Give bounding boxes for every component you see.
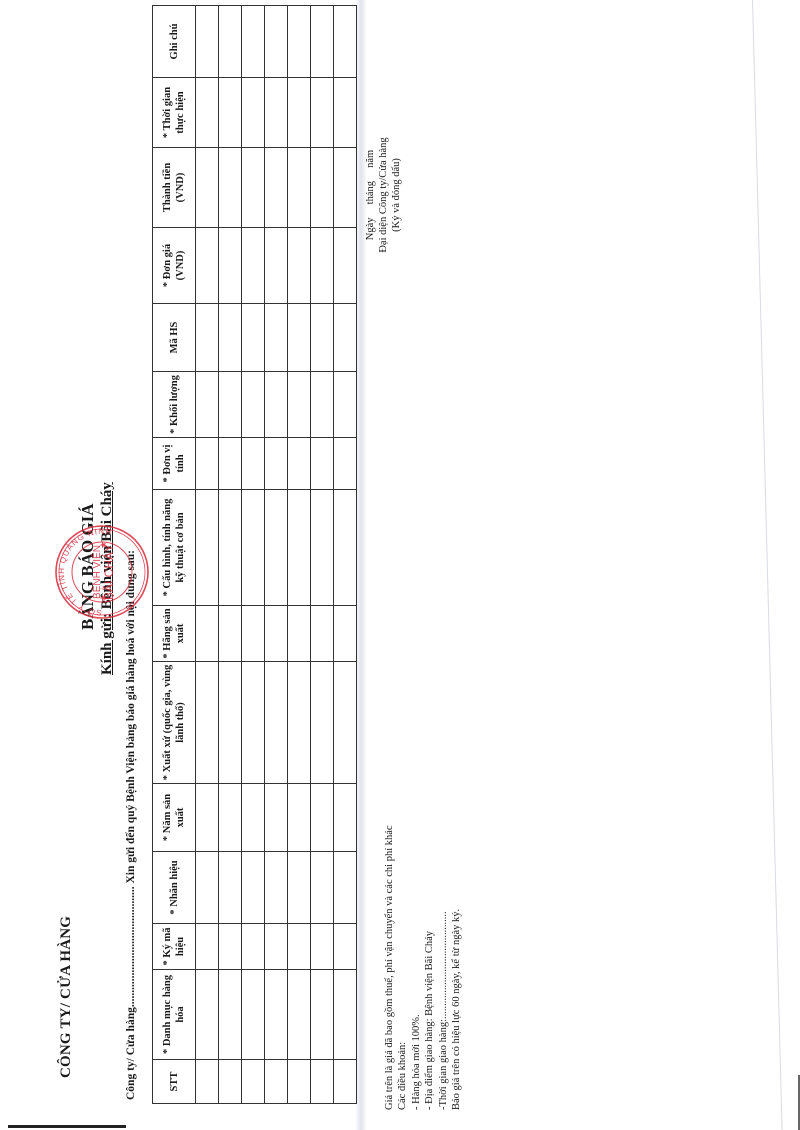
intro-text: Công ty/ Cửa hàng.......................… [125, 550, 137, 1100]
signature-block: Ngày tháng năm Đại diện Công ty/Cửa hàng… [364, 120, 403, 270]
table-cell[interactable] [219, 372, 242, 438]
table-cell[interactable] [242, 438, 265, 490]
table-cell[interactable] [265, 438, 288, 490]
table-cell[interactable] [265, 970, 288, 1060]
table-cell[interactable] [288, 662, 311, 784]
quotation-table: STT* Danh mục hàng hóa* Ký mã hiệu* Nhãn… [152, 5, 357, 1104]
table-cell[interactable] [288, 924, 311, 970]
table-cell[interactable] [311, 228, 334, 304]
table-cell[interactable] [242, 372, 265, 438]
table-cell[interactable] [265, 606, 288, 662]
table-cell[interactable] [196, 372, 219, 438]
table-cell[interactable] [311, 372, 334, 438]
table-cell[interactable] [242, 148, 265, 228]
table-cell[interactable] [311, 784, 334, 852]
table-cell[interactable] [311, 924, 334, 970]
quotation-page: CÔNG TY/ CỬA HÀNG BẢNG BÁO GIÁ Kính gửi:… [0, 0, 800, 1130]
svg-text:BÃI CHÁY: BÃI CHÁY [101, 544, 116, 600]
column-header: STT [153, 1060, 196, 1104]
column-header: Mã HS [153, 304, 196, 372]
column-header: * Năm sản xuất [153, 784, 196, 852]
table-cell[interactable] [265, 78, 288, 148]
column-header: * Ký mã hiệu [153, 924, 196, 970]
table-cell[interactable] [242, 662, 265, 784]
table-cell[interactable] [265, 924, 288, 970]
table-cell[interactable] [288, 372, 311, 438]
table-cell[interactable] [334, 662, 357, 784]
table-cell[interactable] [334, 924, 357, 970]
table-cell[interactable] [219, 970, 242, 1060]
table-cell[interactable] [219, 6, 242, 78]
table-cell[interactable] [288, 852, 311, 924]
table-cell[interactable] [334, 784, 357, 852]
table-cell[interactable] [288, 490, 311, 606]
table-cell[interactable] [196, 784, 219, 852]
table-cell[interactable] [288, 304, 311, 372]
table-row [242, 6, 265, 1104]
table-cell[interactable] [334, 304, 357, 372]
table-cell[interactable] [288, 438, 311, 490]
table-cell[interactable] [242, 606, 265, 662]
table-cell[interactable] [265, 1060, 288, 1104]
table-cell[interactable] [288, 228, 311, 304]
footer-note-line: -Thời gian giao hàng:...................… [437, 710, 450, 1110]
table-cell[interactable] [334, 228, 357, 304]
table-cell[interactable] [219, 606, 242, 662]
table-cell[interactable] [196, 924, 219, 970]
table-cell[interactable] [242, 852, 265, 924]
table-cell[interactable] [311, 1060, 334, 1104]
table-cell[interactable] [288, 78, 311, 148]
footer-note-line: - Hàng hóa mới 100%. [410, 710, 423, 1110]
table-cell[interactable] [265, 662, 288, 784]
table-cell[interactable] [196, 78, 219, 148]
table-cell[interactable] [196, 490, 219, 606]
table-cell[interactable] [219, 1060, 242, 1104]
table-cell[interactable] [196, 6, 219, 78]
table-cell[interactable] [219, 304, 242, 372]
column-header: * Nhãn hiệu [153, 852, 196, 924]
footer-note-line: Báo giá trên có hiệu lực 60 ngày, kể từ … [450, 710, 463, 1110]
table-cell[interactable] [334, 372, 357, 438]
table-cell[interactable] [311, 662, 334, 784]
table-cell[interactable] [311, 148, 334, 228]
table-cell[interactable] [219, 924, 242, 970]
footer-note-line: Các điều khoản: [396, 710, 409, 1110]
table-row [265, 6, 288, 1104]
column-header: * Xuất xứ (quốc gia, vùng lãnh thổ) [153, 662, 196, 784]
signature-role: Đại diện Công ty/Cửa hàng [377, 120, 390, 270]
table-cell[interactable] [265, 148, 288, 228]
table-cell[interactable] [334, 490, 357, 606]
column-header: * Đơn vị tính [153, 438, 196, 490]
table-cell[interactable] [196, 438, 219, 490]
table-cell[interactable] [196, 1060, 219, 1104]
table-cell[interactable] [219, 852, 242, 924]
table-cell[interactable] [242, 490, 265, 606]
table-cell[interactable] [265, 6, 288, 78]
table-cell[interactable] [311, 438, 334, 490]
table-cell[interactable] [219, 78, 242, 148]
table-cell[interactable] [242, 924, 265, 970]
table-cell[interactable] [196, 304, 219, 372]
column-header: Thành tiền (VND) [153, 148, 196, 228]
table-cell[interactable] [311, 970, 334, 1060]
table-cell[interactable] [288, 970, 311, 1060]
table-cell[interactable] [311, 606, 334, 662]
table-cell[interactable] [288, 1060, 311, 1104]
table-cell[interactable] [219, 148, 242, 228]
table-cell[interactable] [196, 148, 219, 228]
table-cell[interactable] [288, 606, 311, 662]
footer-note-line: Giá trên là giá đã bao gồm thuế, phí vận… [383, 710, 396, 1110]
signature-date-line: Ngày tháng năm [364, 120, 377, 270]
signature-instruction: (Ký và đóng dấu) [390, 120, 403, 270]
table-header-row: STT* Danh mục hàng hóa* Ký mã hiệu* Nhãn… [153, 6, 196, 1104]
table-cell[interactable] [334, 606, 357, 662]
table-cell[interactable] [265, 228, 288, 304]
table-cell[interactable] [334, 6, 357, 78]
table-cell[interactable] [196, 852, 219, 924]
table-cell[interactable] [311, 304, 334, 372]
table-cell[interactable] [334, 970, 357, 1060]
svg-text:★: ★ [98, 541, 108, 549]
table-cell[interactable] [311, 852, 334, 924]
table-cell[interactable] [242, 970, 265, 1060]
table-cell[interactable] [288, 784, 311, 852]
hospital-stamp-icon: SỞ Y TẾ TỈNH QUẢNG NINH BỆNH VIỆN BÃI CH… [52, 522, 152, 622]
table-cell[interactable] [242, 228, 265, 304]
table-cell[interactable] [219, 490, 242, 606]
table-cell[interactable] [242, 1060, 265, 1104]
table-cell[interactable] [196, 662, 219, 784]
column-header: * Khối lượng [153, 372, 196, 438]
table-cell[interactable] [242, 6, 265, 78]
table-cell[interactable] [219, 228, 242, 304]
table-cell[interactable] [311, 6, 334, 78]
table-cell[interactable] [196, 228, 219, 304]
footer-notes: Giá trên là giá đã bao gồm thuế, phí vận… [383, 710, 463, 1110]
table-cell[interactable] [219, 784, 242, 852]
table-row [288, 6, 311, 1104]
table-row [219, 6, 242, 1104]
table-cell[interactable] [288, 148, 311, 228]
table-cell[interactable] [196, 606, 219, 662]
table-cell[interactable] [334, 78, 357, 148]
table-cell[interactable] [334, 438, 357, 490]
svg-text:★: ★ [98, 594, 108, 602]
table-cell[interactable] [242, 78, 265, 148]
column-header: * Cấu hình, tính năng kỹ thuật cơ bản [153, 490, 196, 606]
column-header: * Đơn giá (VND) [153, 228, 196, 304]
table-cell[interactable] [219, 438, 242, 490]
table-cell[interactable] [311, 78, 334, 148]
table-cell[interactable] [242, 784, 265, 852]
column-header: * Hãng sản xuất [153, 606, 196, 662]
table-cell[interactable] [334, 852, 357, 924]
table-cell[interactable] [265, 372, 288, 438]
table-row [334, 6, 357, 1104]
table-cell[interactable] [265, 852, 288, 924]
table-row [311, 6, 334, 1104]
column-header: * Thời gian thực hiện [153, 78, 196, 148]
table-row [196, 6, 219, 1104]
table-cell[interactable] [265, 490, 288, 606]
table-cell[interactable] [334, 148, 357, 228]
table-cell[interactable] [311, 490, 334, 606]
company-label: CÔNG TY/ CỬA HÀNG [58, 916, 75, 1078]
table-cell[interactable] [334, 1060, 357, 1104]
table-cell[interactable] [265, 784, 288, 852]
footer-note-line: - Địa điểm giao hàng: Bệnh viện Bãi Cháy [423, 710, 436, 1110]
column-header: Ghi chú [153, 6, 196, 78]
table-cell[interactable] [219, 662, 242, 784]
table-cell[interactable] [288, 6, 311, 78]
table-cell[interactable] [196, 970, 219, 1060]
table-cell[interactable] [242, 304, 265, 372]
column-header: * Danh mục hàng hóa [153, 970, 196, 1060]
table-cell[interactable] [265, 304, 288, 372]
